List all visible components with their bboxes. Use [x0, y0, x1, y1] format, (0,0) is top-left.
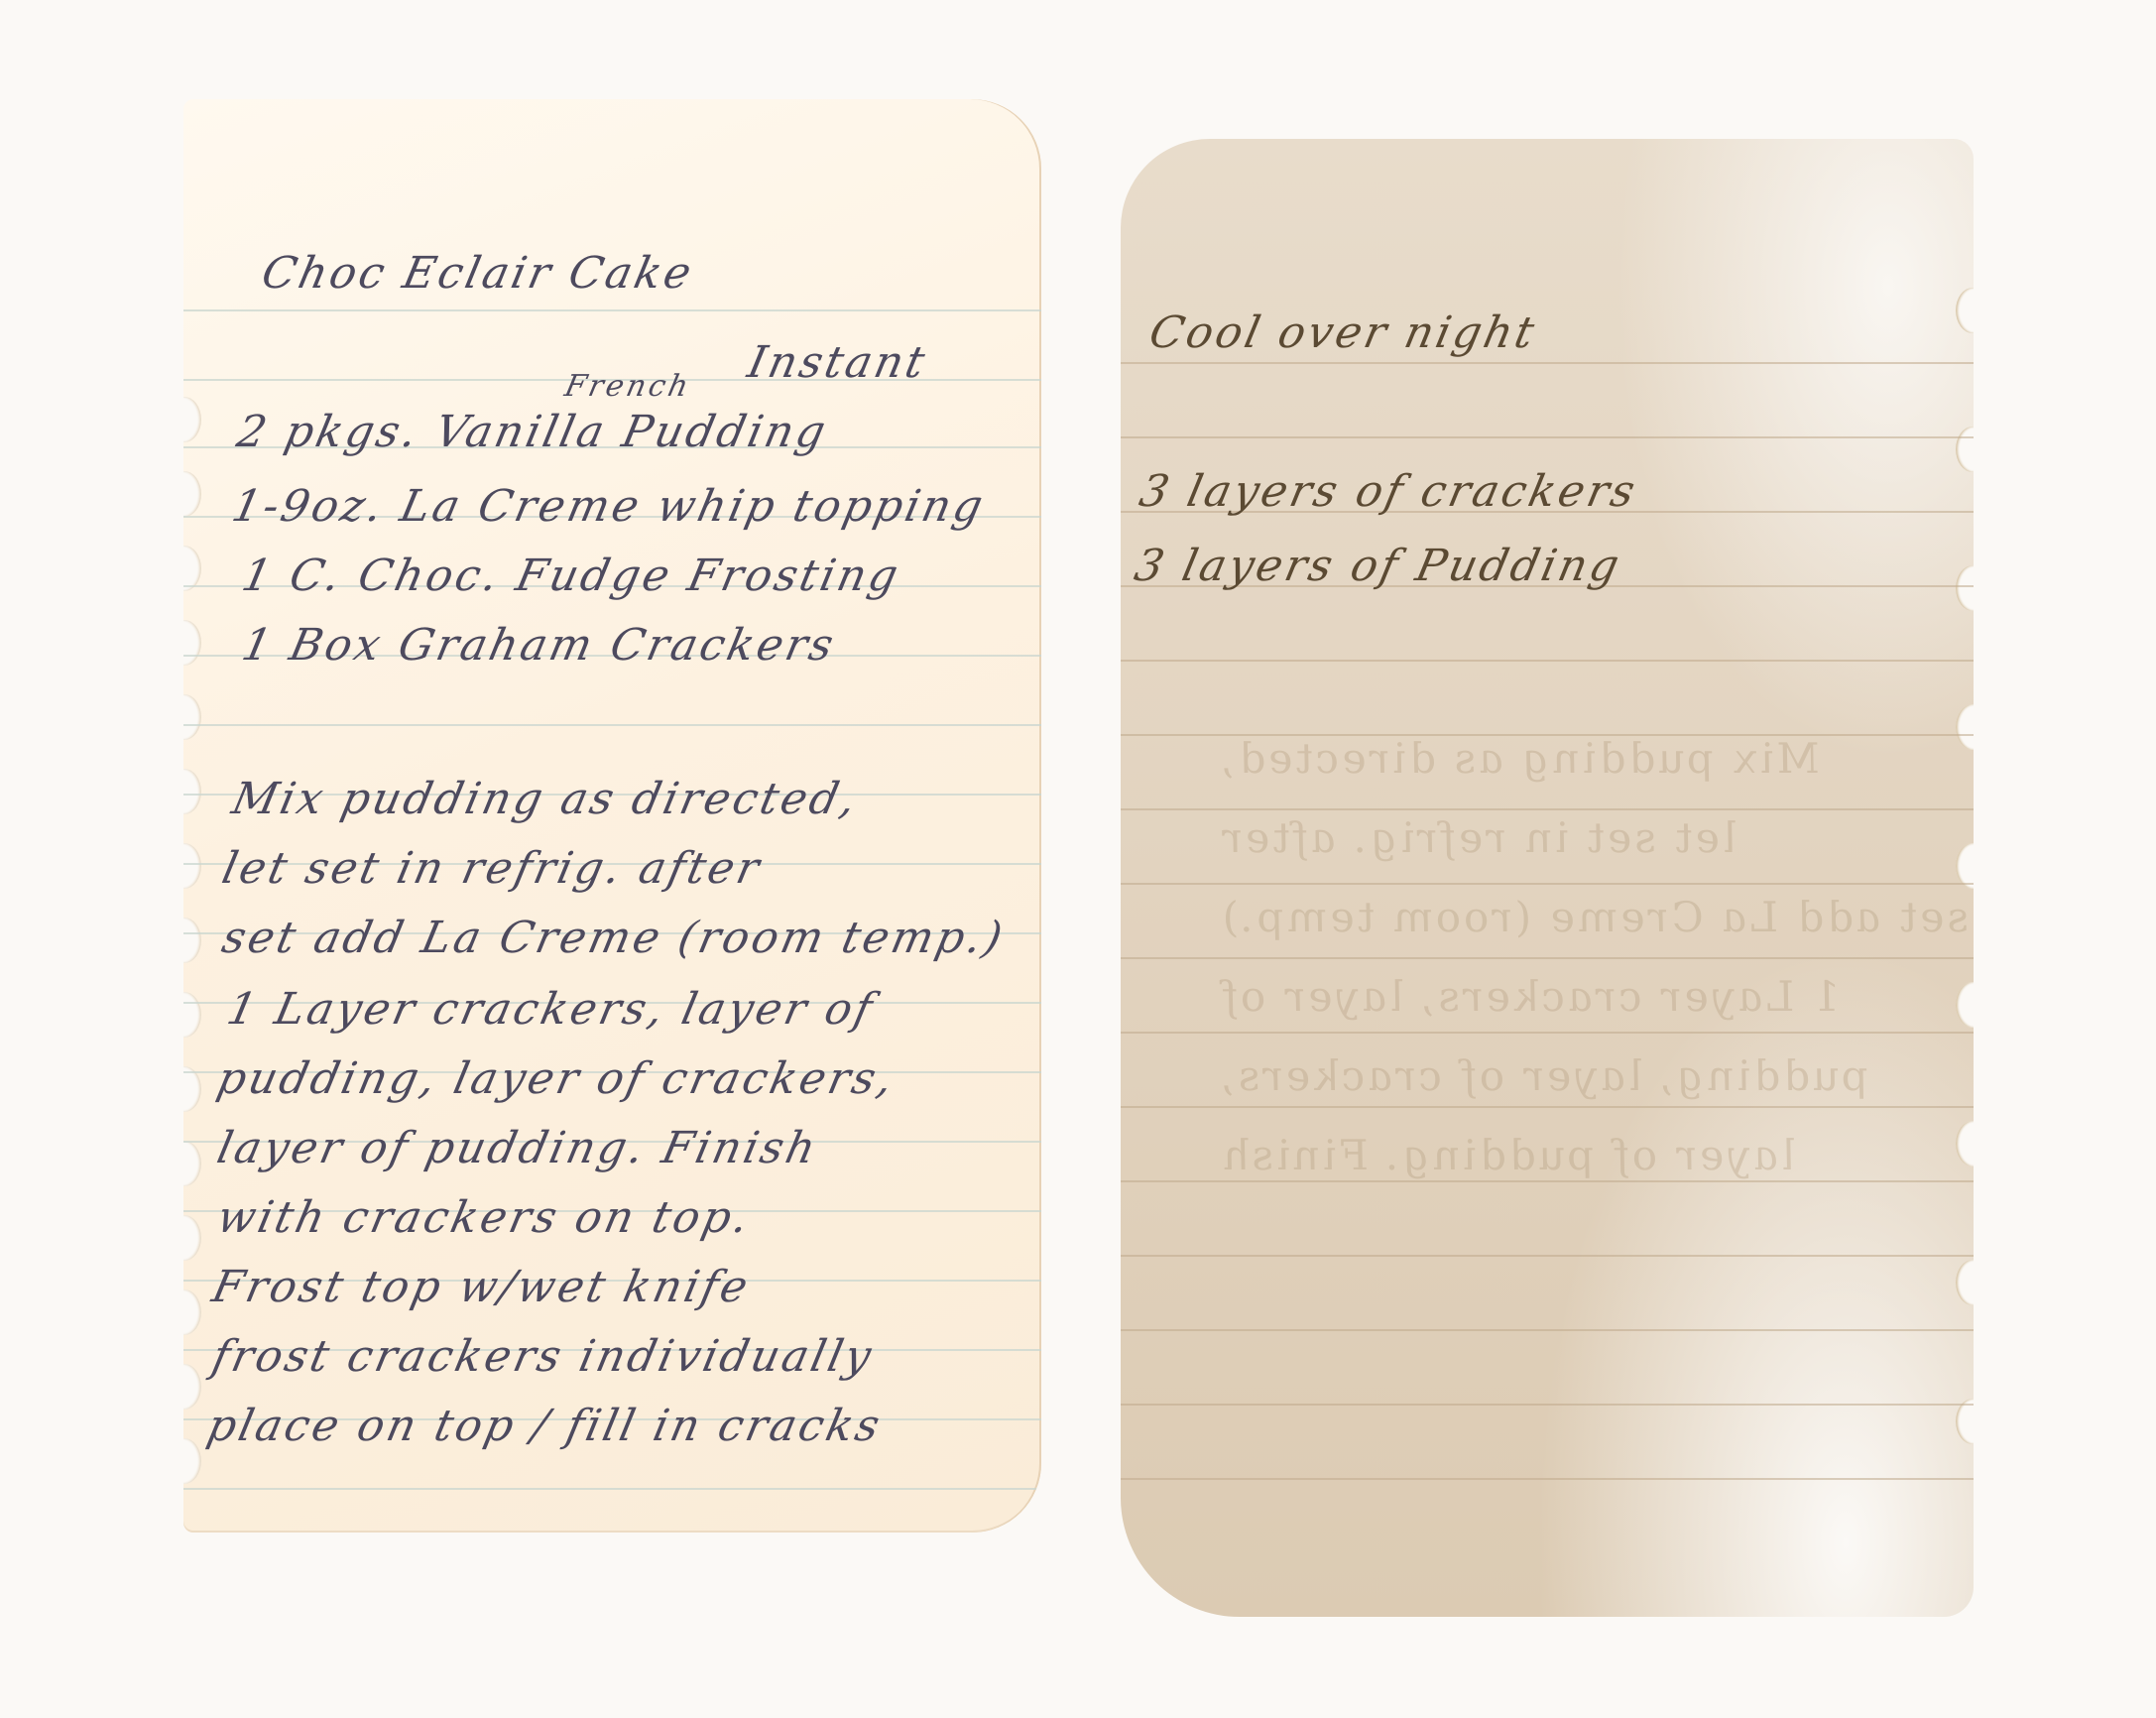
back-line: 3 layers of crackers	[1136, 466, 1642, 517]
binder-holes	[1934, 139, 1974, 1617]
ingredient-item: 2 pkgs. Vanilla Pudding	[233, 407, 833, 457]
bleed-through-text: let set in refrig. after	[1216, 813, 1741, 862]
recipe-card-front: Choc Eclair Cake French Instant 2 pkgs. …	[183, 99, 1041, 1533]
annotation-instant: Instant	[744, 337, 932, 388]
direction-line: 1 Layer crackers, layer of	[223, 984, 880, 1035]
direction-line: frost crackers individually	[208, 1331, 879, 1382]
direction-line: set add La Creme (room temp.)	[218, 913, 1010, 963]
back-line: Cool over night	[1145, 307, 1542, 358]
ingredient-item: 1 C. Choc. Fudge Frosting	[238, 551, 905, 601]
binder-holes	[183, 99, 223, 1533]
bleed-through-text: Mix pudding as directed,	[1216, 734, 1824, 783]
direction-line: place on top / fill in cracks	[203, 1401, 888, 1451]
direction-line: with crackers on top.	[213, 1192, 757, 1243]
direction-line: Mix pudding as directed,	[228, 774, 864, 824]
annotation-french: French	[561, 369, 694, 404]
bleed-through-text: pudding, layer of crackers,	[1216, 1051, 1874, 1100]
recipe-title: Choc Eclair Cake	[258, 248, 699, 299]
recipe-card-back: Mix pudding as directed, let set in refr…	[1121, 139, 1974, 1617]
bleed-through-text: 1 Layer crackers, layer of	[1216, 972, 1845, 1021]
bleed-through-text: set add La Creme (room temp.)	[1216, 893, 1974, 941]
bleed-through-text: layer of pudding. Finish	[1216, 1131, 1800, 1179]
direction-line: pudding, layer of crackers,	[213, 1053, 900, 1104]
ingredient-item: 1-9oz. La Creme whip topping	[228, 481, 991, 532]
ingredient-item: 1 Box Graham Crackers	[238, 620, 841, 671]
direction-line: layer of pudding. Finish	[213, 1123, 823, 1173]
direction-line: Frost top w/wet knife	[208, 1262, 756, 1312]
direction-line: let set in refrig. after	[218, 843, 767, 894]
back-line: 3 layers of Pudding	[1131, 541, 1626, 591]
